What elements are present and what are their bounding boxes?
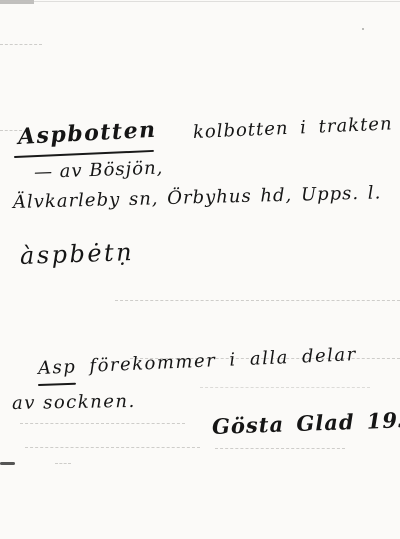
ruled-line-fragment bbox=[20, 423, 185, 424]
edge-mark bbox=[0, 462, 15, 465]
phonetic-transcription: àspbėtṇ bbox=[20, 238, 135, 270]
scan-speck bbox=[362, 28, 364, 30]
ruled-line-fragment bbox=[0, 1, 400, 2]
note-underlined-word: Asp bbox=[38, 356, 77, 379]
note-line-1: Asp förekommer i alla delar bbox=[38, 344, 358, 379]
ruled-line-fragment bbox=[215, 448, 345, 449]
signature: Gösta Glad 1935 bbox=[212, 406, 400, 439]
ruled-line-fragment bbox=[115, 300, 400, 301]
index-card: Aspbotten kolbotten i trakten — av Bösjö… bbox=[0, 0, 400, 539]
lake-reference: — av Bösjön, bbox=[34, 157, 164, 183]
note-line-2: av socknen. bbox=[12, 391, 136, 414]
headword: Aspbotten bbox=[17, 117, 157, 150]
definition-text: kolbotten i trakten bbox=[193, 113, 393, 143]
note-word-underline bbox=[38, 383, 76, 386]
ruled-line-fragment bbox=[25, 447, 200, 448]
headword-underline bbox=[14, 150, 154, 158]
parish-line: Älvkarleby sn, Örbyhus hd, Upps. l. bbox=[13, 182, 382, 213]
ruled-line-fragment bbox=[200, 387, 370, 388]
ruled-line-fragment bbox=[0, 44, 42, 45]
note-rest: förekommer i alla delar bbox=[76, 344, 357, 377]
ruled-line-fragment bbox=[55, 463, 71, 464]
